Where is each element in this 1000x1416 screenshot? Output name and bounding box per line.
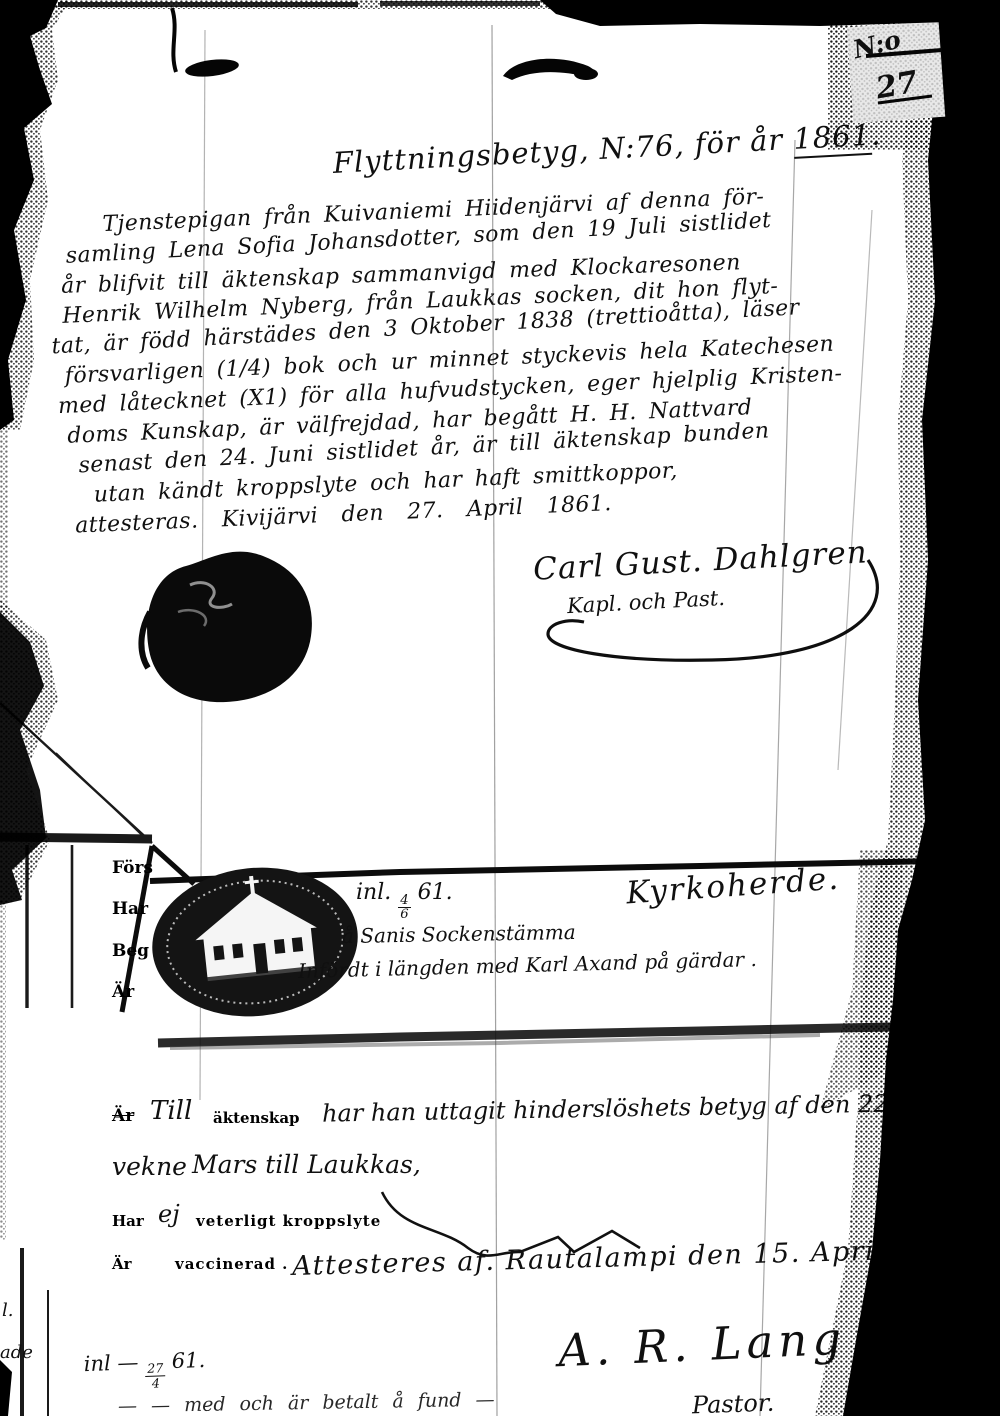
left-scan-border xyxy=(0,0,70,1416)
right-scan-border xyxy=(815,0,1000,1416)
top-scan-border xyxy=(55,0,952,26)
corner-number-value: 27 xyxy=(873,65,920,107)
scanned-document-page: Flyttningsbetyg, N:76, för år 1861. Tjen… xyxy=(0,0,1000,1416)
scan-border-frame xyxy=(0,0,1000,1416)
